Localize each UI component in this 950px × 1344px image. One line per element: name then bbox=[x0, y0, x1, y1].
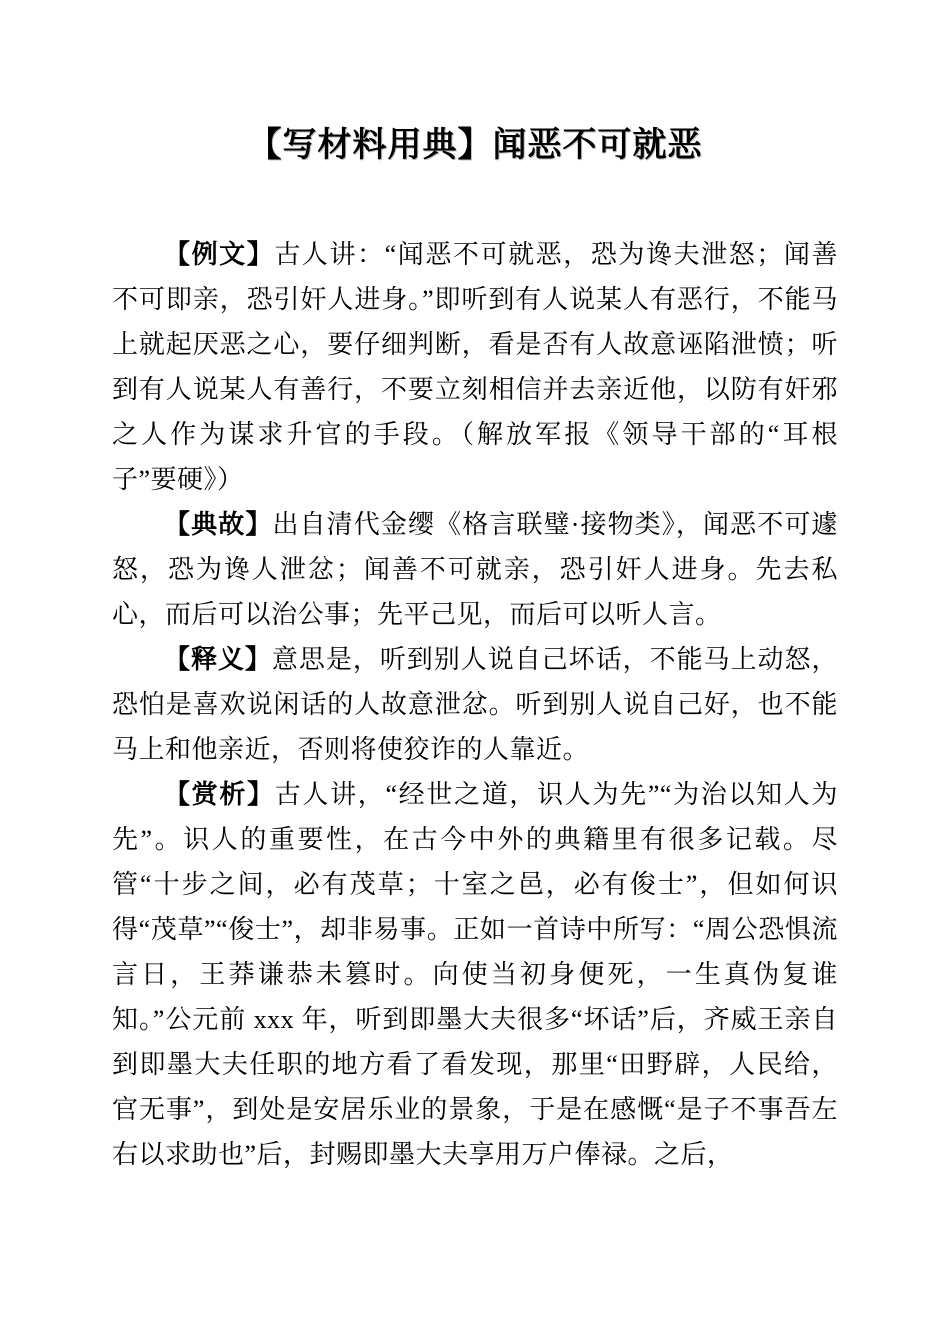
paragraph-appreciation-text: 古人讲，“经世之道，识人为先”“为治以知人为先”。识人的重要性，在古今中外的典籍… bbox=[112, 780, 838, 1169]
paragraph-appreciation-label: 【赏析】 bbox=[164, 780, 275, 809]
document-title: 【写材料用典】闻恶不可就恶 bbox=[112, 122, 838, 170]
paragraph-allusion: 【典故】出自清代金缨《格言联璧·接物类》，闻恶不可遽怒，恐为谗人泄忿；闻善不可就… bbox=[112, 502, 838, 637]
paragraph-example-label: 【例文】 bbox=[164, 240, 274, 269]
paragraph-definition: 【释义】意思是，听到别人说自己坏话，不能马上动怒，恐怕是喜欢说闲话的人故意泄忿。… bbox=[112, 637, 838, 772]
paragraph-allusion-label: 【典故】 bbox=[164, 510, 272, 539]
document-body: 【例文】古人讲：“闻恶不可就恶，恐为谗夫泄怒；闻善不可即亲，恐引奸人进身。”即听… bbox=[112, 232, 838, 1177]
document-page: 【写材料用典】闻恶不可就恶 【例文】古人讲：“闻恶不可就恶，恐为谗夫泄怒；闻善不… bbox=[0, 0, 950, 1344]
paragraph-definition-label: 【释义】 bbox=[164, 645, 272, 674]
paragraph-appreciation: 【赏析】古人讲，“经世之道，识人为先”“为治以知人为先”。识人的重要性，在古今中… bbox=[112, 772, 838, 1177]
paragraph-example: 【例文】古人讲：“闻恶不可就恶，恐为谗夫泄怒；闻善不可即亲，恐引奸人进身。”即听… bbox=[112, 232, 838, 502]
paragraph-example-text: 古人讲：“闻恶不可就恶，恐为谗夫泄怒；闻善不可即亲，恐引奸人进身。”即听到有人说… bbox=[112, 240, 838, 494]
